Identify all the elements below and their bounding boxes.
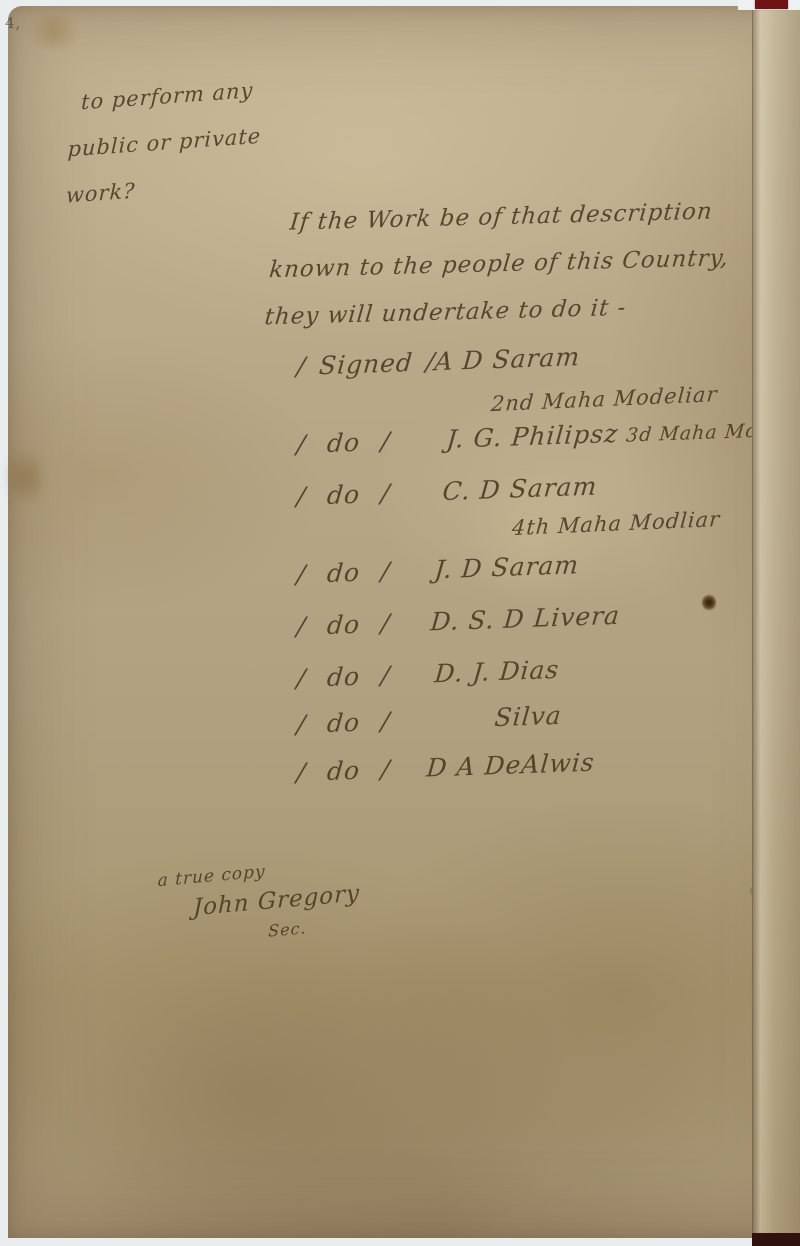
corner-stain — [24, 14, 84, 48]
signature-prefix: / do / — [295, 477, 435, 511]
signature-row: / do / Silva — [295, 701, 563, 739]
signature-row: / do / C. D Saram — [295, 472, 598, 512]
signatory-title: 2nd Maha Modeliar — [490, 382, 718, 416]
signatory-name: J. G. Philipsz — [445, 419, 619, 454]
signatory-name: D. S. D Livera — [429, 601, 621, 637]
marginal-note: to perform any public or private work? — [65, 66, 263, 218]
signature-prefix: / do / — [295, 705, 435, 739]
binding-ribbon-top — [755, 0, 788, 9]
signature-row: / do / D. S. D Livera — [295, 601, 621, 641]
ink-blot — [702, 594, 716, 611]
signature-prefix: / Signed / — [295, 347, 435, 381]
signatory-title: 4th Maha Modliar — [511, 507, 721, 540]
attestation: a true copy John Gregory Sec. — [156, 848, 360, 956]
signatory-name: J. D Saram — [433, 550, 580, 584]
binding-ribbon-bottom — [752, 1233, 800, 1246]
page-fold-edge — [752, 6, 800, 1238]
signature-prefix: / do / — [295, 659, 435, 693]
signature-prefix: / do / — [295, 607, 435, 641]
signature-prefix: / do / — [295, 753, 435, 787]
left-edge-stain — [8, 438, 42, 516]
manuscript-page: 4, to perform any public or private work… — [8, 6, 800, 1238]
signatory-name: D. J. Dias — [433, 655, 560, 688]
signatory-name: C. D Saram — [441, 472, 598, 507]
signatory-name: Silva — [493, 701, 563, 732]
signature-row: / do / D. J. Dias — [295, 655, 560, 693]
signature-row: / do / J. G. Philipsz 3d Maha Modlr — [295, 413, 789, 459]
page-number-mark: 4, — [5, 14, 21, 32]
signatory-name: A D Saram — [433, 342, 581, 376]
signature-prefix: / do / — [295, 555, 435, 589]
signature-row: / do / D A DeAlwis — [295, 748, 595, 788]
body-paragraph: If the Work be of that description known… — [262, 188, 735, 341]
signature-row: / do / J. D Saram — [295, 550, 580, 589]
signature-row: / Signed / A D Saram — [295, 342, 581, 381]
signature-prefix: / do / — [295, 425, 435, 459]
signatory-name: D A DeAlwis — [425, 748, 596, 783]
manuscript-scan: 4, to perform any public or private work… — [0, 0, 800, 1246]
